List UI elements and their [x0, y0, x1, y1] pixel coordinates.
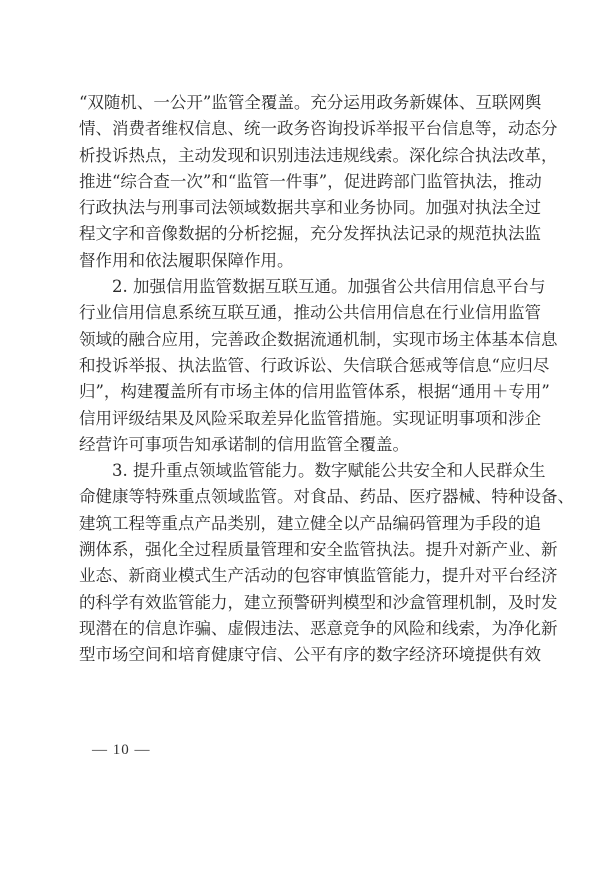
text-line: 经营许可事项告知承诺制的信用监管全覆盖。 — [79, 432, 527, 458]
text-line: 业态、新商业模式生产活动的包容审慎监管能力，提升对平台经济 — [79, 563, 527, 589]
text-line: 现潜在的信息诈骗、虚假违法、恶意竞争的风险和线索，为净化新 — [79, 616, 527, 642]
section-heading-line: 3. 提升重点领域监管能力。数字赋能公共安全和人民群众生 — [79, 458, 527, 484]
text-line: 领域的融合应用，完善政企数据流通机制，实现市场主体基本信息 — [79, 327, 527, 353]
text-line: 程文字和音像数据的分析挖掘，充分发挥执法记录的规范执法监 — [79, 221, 527, 247]
text-line: 析投诉热点，主动发现和识别违法违规线索。深化综合执法改革， — [79, 143, 527, 169]
text-line: 归”，构建覆盖所有市场主体的信用监管体系，根据“通用＋专用” — [79, 379, 527, 405]
text-line: 建筑工程等重点产品类别，建立健全以产品编码管理为手段的追 — [79, 511, 527, 537]
text-line: 和投诉举报、执法监管、行政诉讼、失信联合惩戒等信息“应归尽 — [79, 353, 527, 379]
text-line: 信用评级结果及风险采取差异化监管措施。实现证明事项和涉企 — [79, 406, 527, 432]
text-line: 命健康等特殊重点领域监管。对食品、药品、医疗器械、特种设备、 — [79, 484, 527, 510]
text-line: “双随机、一公开”监管全覆盖。充分运用政务新媒体、互联网舆 — [79, 90, 527, 116]
text-line: 情、消费者维权信息、统一政务咨询投诉举报平台信息等，动态分 — [79, 116, 527, 142]
text-line: 的科学有效监管能力，建立预警研判模型和沙盒管理机制，及时发 — [79, 590, 527, 616]
body-text: “双随机、一公开”监管全覆盖。充分运用政务新媒体、互联网舆 情、消费者维权信息、… — [79, 90, 527, 669]
text-line: 督作用和依法履职保障作用。 — [79, 248, 527, 274]
paragraph-item-2: 2. 加强信用监管数据互联互通。加强省公共信用信息平台与 行业信用信息系统互联互… — [79, 274, 527, 458]
page-number: — 10 — — [92, 742, 151, 759]
text-line: 行政执法与刑事司法领域数据共享和业务协同。加强对执法全过 — [79, 195, 527, 221]
text-line: 溯体系，强化全过程质量管理和安全监管执法。提升对新产业、新 — [79, 537, 527, 563]
document-page: “双随机、一公开”监管全覆盖。充分运用政务新媒体、互联网舆 情、消费者维权信息、… — [0, 0, 600, 872]
text-line: 行业信用信息系统互联互通，推动公共信用信息在行业信用监管 — [79, 300, 527, 326]
paragraph-item-3: 3. 提升重点领域监管能力。数字赋能公共安全和人民群众生 命健康等特殊重点领域监… — [79, 458, 527, 668]
section-heading-line: 2. 加强信用监管数据互联互通。加强省公共信用信息平台与 — [79, 274, 527, 300]
text-line: 型市场空间和培育健康守信、公平有序的数字经济环境提供有效 — [79, 642, 527, 668]
paragraph-continuation: “双随机、一公开”监管全覆盖。充分运用政务新媒体、互联网舆 情、消费者维权信息、… — [79, 90, 527, 274]
text-line: 推进“综合查一次”和“监管一件事”，促进跨部门监管执法，推动 — [79, 169, 527, 195]
